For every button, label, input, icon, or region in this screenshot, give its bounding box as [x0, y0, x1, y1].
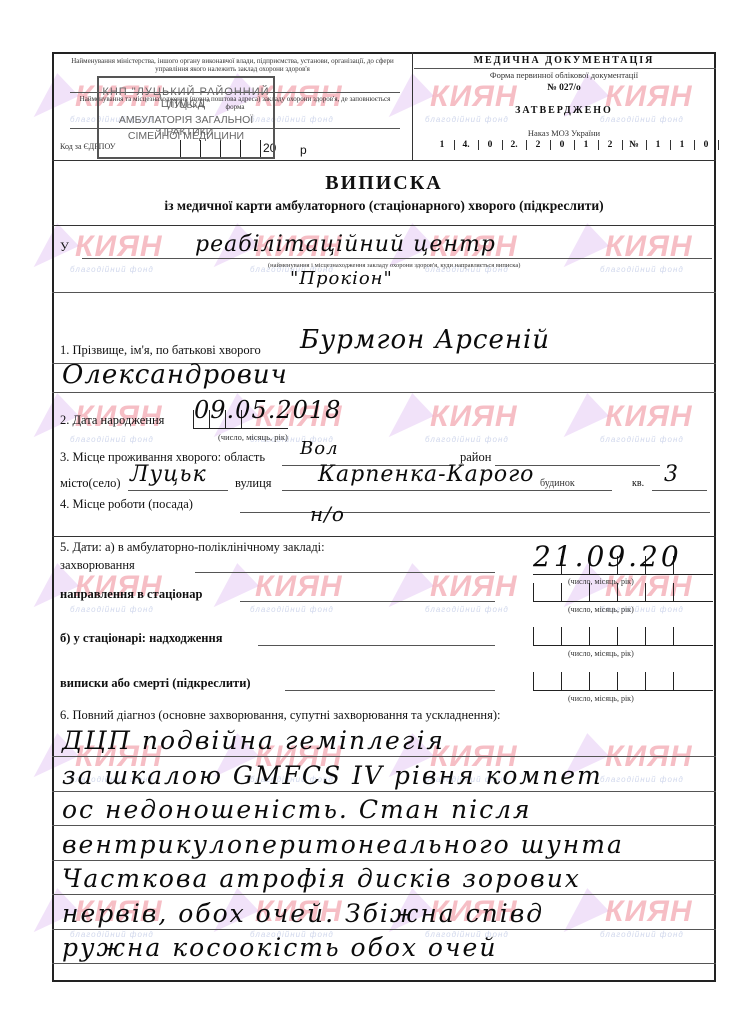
year-letter: р [300, 143, 307, 157]
document-title: ВИПИСКА [52, 172, 716, 195]
diagnosis-rule [52, 929, 716, 930]
discharge-caption: (число, місяць, рік) [568, 694, 634, 703]
order-date-row: 14.02.2012№110 [430, 140, 710, 154]
building-label: будинок [540, 478, 575, 489]
order-digit-cell: 2 [598, 140, 623, 150]
apartment-value[interactable]: 3 [664, 462, 679, 487]
recipient-value-2[interactable]: "Прокіон" [290, 268, 393, 289]
order-digit-cell: 1 [430, 140, 455, 150]
diagnosis-line[interactable]: ружна косоокість обох очей [62, 933, 497, 962]
order-digit-cell: 1 [574, 140, 599, 150]
ministry-caption: Найменування міністерства, іншого органу… [60, 57, 405, 73]
stamp-line-2: ЛУЦЬКА [99, 100, 273, 110]
order-digit-cell: 1 [670, 140, 695, 150]
document-subtitle: із медичної карти амбулаторного (стаціон… [52, 198, 716, 214]
referral-caption: (число, місяць, рік) [568, 605, 634, 614]
order-label: Наказ МОЗ України [414, 128, 714, 138]
city-value[interactable]: Луцьк [130, 462, 207, 487]
street-value[interactable]: Карпенка-Карого [318, 462, 534, 487]
header-divider [412, 52, 413, 160]
diagnosis-rule [52, 825, 716, 826]
title-rule [52, 225, 716, 226]
diagnosis-label: 6. Повний діагноз (основне захворювання,… [60, 708, 500, 723]
work-value[interactable]: н/о [310, 502, 345, 526]
order-digit-cell: 1 [646, 140, 671, 150]
referral-boxes [533, 583, 713, 602]
illness-line [195, 572, 495, 573]
diagnosis-line[interactable]: ДЦП подвійна геміплегія [62, 726, 445, 755]
diagnosis-line[interactable]: нервів, обох очей. Збіжна співд [62, 899, 544, 928]
institution-stamp: КНП "ЛУЦЬКИЙ РАЙОННИЙ ЦПМСД" ЛУЦЬКА АМБУ… [97, 76, 275, 159]
name-value-2[interactable]: Олександрович [62, 360, 288, 390]
hospital-caption: (число, місяць, рік) [568, 649, 634, 658]
referral-line [240, 601, 495, 602]
diagnosis-line[interactable]: за шкалою GMFCS IV рівня компет [62, 761, 603, 790]
dob-caption: (число, місяць, рік) [218, 432, 288, 442]
apartment-label: кв. [632, 478, 644, 489]
illness-label: захворювання [60, 558, 135, 573]
order-digit-cell: 0 [478, 140, 503, 150]
referral-label: направлення в стаціонар [60, 587, 202, 602]
recipient-value-1[interactable]: реабілітаційний центр [195, 232, 496, 257]
diagnosis-rule [52, 860, 716, 861]
dob-value[interactable]: 09.05.2018 [194, 396, 341, 424]
order-digit-cell: 0 [694, 140, 719, 150]
name-label: 1. Прізвище, ім'я, по батькові хворого [60, 343, 261, 358]
stamp-line-4: СІМЕЙНОЇ МЕДИЦИНИ [99, 130, 273, 142]
hospital-label: б) у стаціонарі: надходження [60, 631, 222, 646]
diagnosis-rule [52, 791, 716, 792]
order-digit-cell: 2 [526, 140, 551, 150]
order-digit-cell: 4. [454, 140, 479, 150]
city-label: місто(село) [60, 476, 121, 491]
illness-value[interactable]: 21.09.20 [533, 540, 682, 573]
header-bottom-rule [52, 160, 716, 161]
med-doc-title: МЕДИЧНА ДОКУМЕНТАЦІЯ [414, 55, 714, 66]
name-value-1[interactable]: Бурмгон Арсеній [300, 325, 550, 355]
section-rule-5 [52, 536, 716, 537]
hospital-boxes [533, 627, 713, 646]
diagnosis-rule [52, 963, 716, 964]
discharge-label: виписки або смерті (підкреслити) [60, 676, 251, 691]
order-digit-cell: 2. [502, 140, 527, 150]
work-label: 4. Місце роботи (посада) [60, 497, 193, 512]
dob-label: 2. Дата народження [60, 413, 164, 428]
city-line [128, 490, 228, 491]
diagnosis-line[interactable]: Часткова атрофія дисків зорових [62, 864, 581, 893]
street-label: вулиця [235, 476, 272, 491]
name-line-2 [52, 392, 716, 393]
diagnosis-line[interactable]: вентрикулоперитонеального шунта [62, 830, 624, 859]
region-value[interactable]: Вол [300, 438, 339, 459]
hospital-line [258, 645, 495, 646]
diagnosis-rule [52, 756, 716, 757]
dates-section-label: 5. Дати: а) в амбулаторно-поліклінічному… [60, 540, 325, 555]
form-caption: Форма первинної облікової документації [414, 70, 714, 80]
form-number: № 027/о [414, 83, 714, 93]
recipient-label: У [60, 240, 69, 255]
med-doc-rule [414, 68, 716, 69]
diagnosis-rule [52, 894, 716, 895]
recipient-line-2 [52, 292, 716, 293]
discharge-boxes [533, 672, 713, 691]
approved-label: ЗАТВЕРДЖЕНО [414, 105, 714, 116]
recipient-line-1 [82, 258, 712, 259]
order-digit-cell: 0 [550, 140, 575, 150]
order-digit-cell: № [622, 140, 647, 150]
street-line [282, 490, 612, 491]
diagnosis-line[interactable]: ос недоношеність. Стан після [62, 795, 532, 824]
discharge-line [285, 690, 495, 691]
apartment-line [652, 490, 707, 491]
